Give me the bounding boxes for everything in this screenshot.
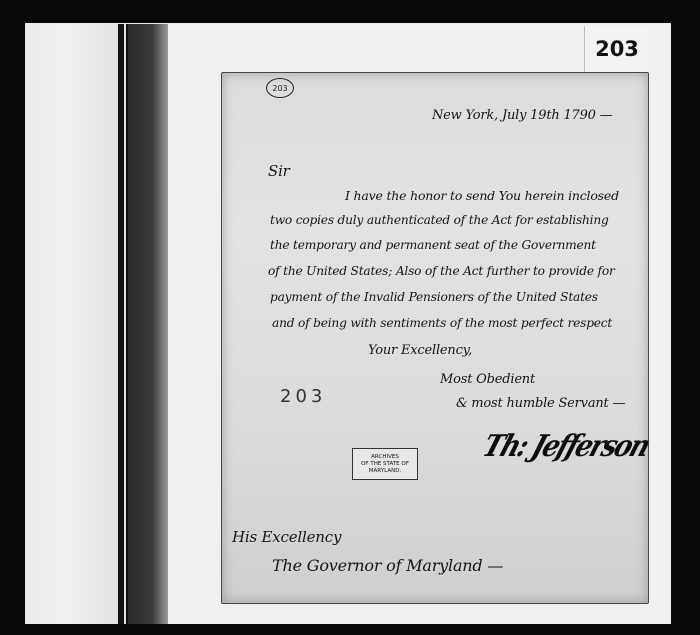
body-line: I have the honor to send You herein incl…	[345, 188, 619, 203]
folio-number-label: 203	[584, 26, 649, 72]
signature: Th: Jefferson	[478, 430, 652, 465]
address-line: His Excellency	[232, 528, 341, 546]
closing-line: & most humble Servant —	[456, 396, 625, 411]
pencil-page-number: 203	[280, 386, 326, 407]
binding-crease	[124, 24, 126, 624]
dateline: New York, July 19th 1790 —	[432, 108, 612, 123]
letter-sheet	[221, 72, 649, 604]
body-line: the temporary and permanent seat of the …	[270, 238, 596, 252]
stamp-line: ARCHIVES	[353, 454, 417, 461]
address-line: The Governor of Maryland —	[272, 556, 503, 575]
binding-shadow	[128, 24, 168, 624]
stamp-line: OF THE STATE OF	[353, 461, 417, 468]
body-line: of the United States; Also of the Act fu…	[268, 264, 615, 278]
closing-line: Most Obedient	[440, 372, 535, 387]
body-line: two copies duly authenticated of the Act…	[270, 213, 609, 227]
archives-stamp: ARCHIVES OF THE STATE OF MARYLAND.	[352, 448, 418, 480]
body-line: and of being with sentiments of the most…	[272, 316, 612, 330]
stamp-line: MARYLAND.	[353, 468, 417, 475]
salutation: Sir	[268, 162, 290, 180]
circled-page-number: 203	[266, 78, 294, 98]
closing-line: Your Excellency,	[368, 343, 472, 358]
left-page-edge	[25, 24, 118, 624]
body-line: payment of the Invalid Pensioners of the…	[270, 290, 598, 304]
